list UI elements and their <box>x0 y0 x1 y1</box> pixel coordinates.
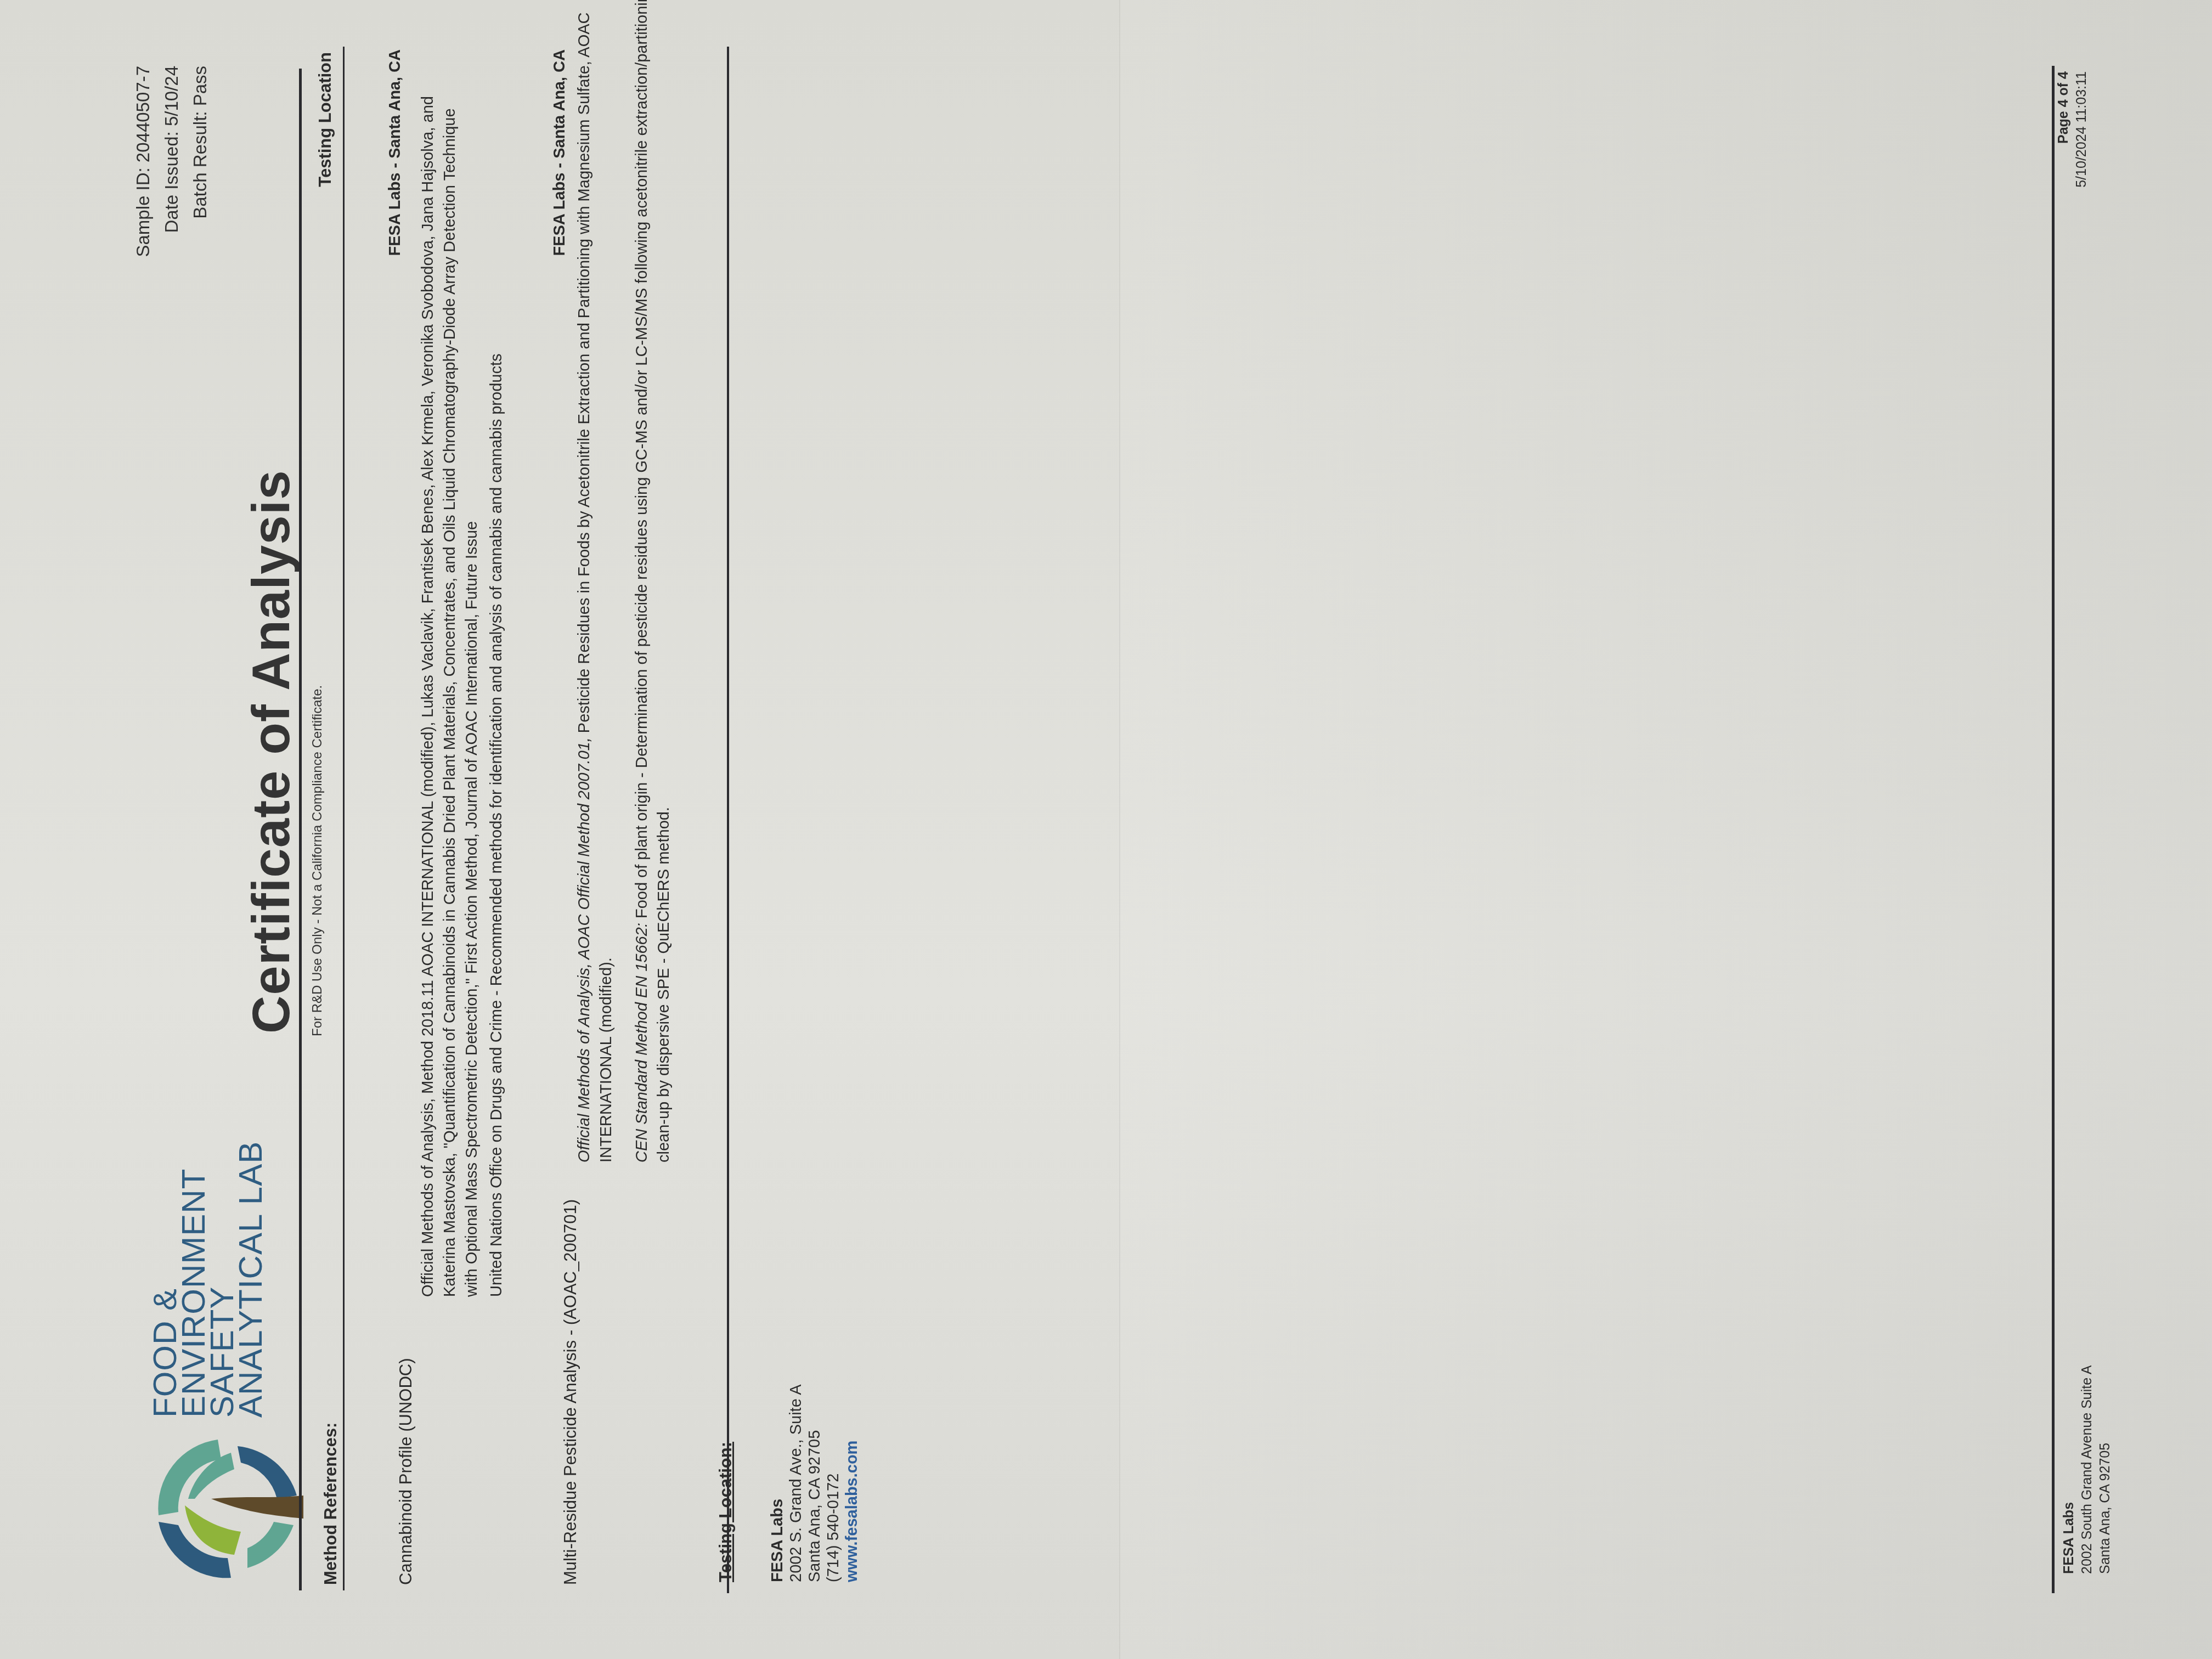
cannabinoid-reference-aoac: Official Methods of Analysis, Method 201… <box>417 96 483 1297</box>
footer-rule <box>2052 66 2055 1593</box>
paper-shade <box>1119 0 2212 1659</box>
footer-address: FESA Labs 2002 South Grand Avenue Suite … <box>2060 1365 2114 1574</box>
lab-name: FOOD & ENVIRONMENT SAFETY ANALYTICAL LAB <box>151 1141 265 1418</box>
website-link[interactable]: www.fesalabs.com <box>843 1384 861 1582</box>
section-bottom-rule <box>727 47 729 1593</box>
pesticide-reference-cen: CEN Standard Method EN 15662: Food of pl… <box>631 0 675 1163</box>
page-number: Page 4 of 4 <box>2055 71 2073 188</box>
sample-id: Sample ID: 20440507-7 <box>129 66 157 257</box>
paper-fold <box>1119 0 1120 1659</box>
method-references-label: Method References: <box>321 1423 341 1585</box>
certificate-page: FOOD & ENVIRONMENT SAFETY ANALYTICAL LAB… <box>0 0 2212 1659</box>
subtitle-disclaimer: For R&D Use Only - Not a California Comp… <box>310 685 325 1036</box>
section-rule <box>343 47 345 1590</box>
method-location-pesticide: FESA Labs - Santa Ana, CA <box>549 49 571 256</box>
method-name-pesticide: Multi-Residue Pesticide Analysis - (AOAC… <box>560 1199 582 1585</box>
cannabinoid-reference-unodc: United Nations Office on Drugs and Crime… <box>486 354 507 1297</box>
print-timestamp: 5/10/2024 11:03:11 <box>2073 71 2091 188</box>
fesa-logo-icon <box>145 1426 310 1591</box>
testing-location-header: Testing Location <box>315 52 335 187</box>
header-rule <box>299 69 302 1590</box>
footer-page-info: Page 4 of 4 5/10/2024 11:03:11 <box>2055 71 2091 188</box>
sample-meta: Sample ID: 20440507-7 Date Issued: 5/10/… <box>129 66 215 257</box>
page-title: Certificate of Analysis <box>241 470 302 1034</box>
testing-location-label: Testing Location: <box>716 1442 736 1582</box>
method-name-cannabinoid: Cannabinoid Profile (UNODC) <box>395 1358 417 1585</box>
testing-location-address: FESA Labs 2002 S. Grand Ave., Suite A Sa… <box>768 1384 861 1582</box>
pesticide-reference-aoac: Official Methods of Analysis, AOAC Offic… <box>573 12 617 1163</box>
date-issued: Date Issued: 5/10/24 <box>157 66 186 257</box>
batch-result: Batch Result: Pass <box>186 66 215 257</box>
method-location-cannabinoid: FESA Labs - Santa Ana, CA <box>384 49 406 256</box>
